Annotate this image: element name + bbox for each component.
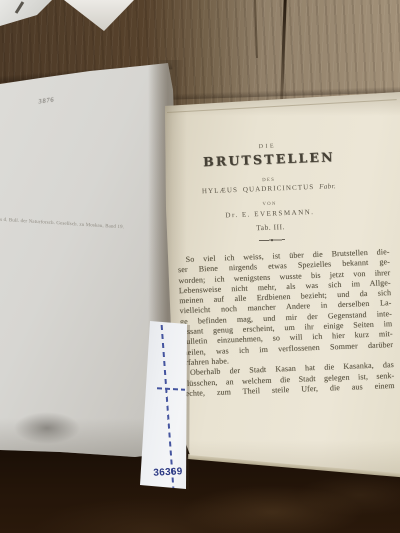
- ornament-rule: [259, 238, 285, 242]
- plate-reference: Tab. III.: [165, 219, 375, 236]
- title-page: DIE BRUTSTELLEN DES HYLÆUS QUADRICINCTUS…: [155, 88, 400, 488]
- left-page-shadow-spot: [14, 412, 80, 444]
- slip-dashed-line-horizontal: [157, 387, 185, 390]
- body-text: So viel ich weiss, ist über die Brutstel…: [178, 247, 395, 399]
- species-author: Fabr.: [319, 182, 336, 191]
- paper-scrap-mark: [15, 1, 24, 14]
- species-name: HYLÆUS QUADRICINCTUS: [202, 183, 315, 195]
- imprint-line: Aus d. Bull. der Naturforsch. Gesellsch.…: [0, 216, 136, 230]
- slip-dashed-line-vertical: [160, 316, 174, 492]
- pencil-inscription: 3876: [38, 96, 55, 105]
- slip-number: 36369: [148, 466, 189, 479]
- photo-of-open-book: 3876 Aus d. Bull. der Naturforsch. Gesel…: [0, 0, 400, 533]
